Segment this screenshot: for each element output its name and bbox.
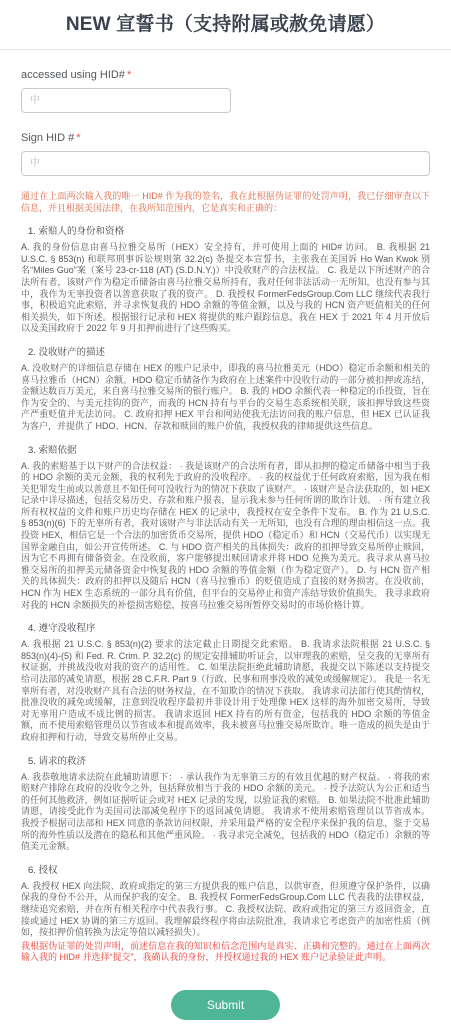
submit-button[interactable]: Submit	[171, 990, 280, 1020]
accessed-hid-field: accessed using HID#*	[21, 69, 430, 113]
section-body: A. 没收财产的详细信息存储在 HEX 的账户记录中，即我的喜马拉雅美元（HDO…	[21, 363, 430, 433]
accessed-hid-label-text: accessed using HID#	[21, 69, 125, 81]
section-heading: 4. 遵守没收程序	[21, 620, 430, 634]
section-claimant-identity: 1. 索赔人的身份和资格 A. 我的身份信息由喜马拉雅交易所（HEX）安全持有，…	[21, 223, 430, 335]
accessed-hid-input[interactable]	[21, 88, 231, 113]
section-body: A. 我授权 HEX 向法院、政府或指定的第三方提供我的账户信息，以供审查，但须…	[21, 881, 430, 939]
section-forfeiture-procedure: 4. 遵守没收程序 A. 我根据 21 U.S.C. § 853(n)(2) 要…	[21, 620, 430, 743]
section-body: A. 我的身份信息由喜马拉雅交易所（HEX）安全持有，并可使用上面的 HID# …	[21, 242, 430, 335]
perjury-closing-notice: 我根据伪证罪的处罚声明，前述信息在我的知识和信念范围内是真实、正确和完整的。通过…	[21, 941, 430, 964]
section-forfeited-property: 2. 没收财产的描述 A. 没收财产的详细信息存储在 HEX 的账户记录中，即我…	[21, 344, 430, 433]
submit-row: Submit	[21, 990, 430, 1020]
section-heading: 1. 索赔人的身份和资格	[21, 223, 430, 237]
sign-hid-label-text: Sign HID #	[21, 132, 74, 144]
sign-hid-input[interactable]	[21, 151, 430, 176]
section-requested-relief: 5. 请求的救济 A. 我恭敬地请求法院在此辅助请愿下： · 承认我作为无辜第三…	[21, 753, 430, 853]
page-title: NEW 宣誓书（支持附属或赦免请愿）	[0, 0, 451, 36]
section-body: A. 我的索赔基于以下财产的合法权益： · 我是该财产的合法所有者，即从扣押的稳…	[21, 461, 430, 612]
title-divider	[0, 49, 451, 50]
section-authorization: 6. 授权 A. 我授权 HEX 向法院、政府或指定的第三方提供我的账户信息，以…	[21, 862, 430, 939]
required-asterisk: *	[76, 132, 80, 144]
section-heading: 2. 没收财产的描述	[21, 344, 430, 358]
section-body: A. 我根据 21 U.S.C. § 853(n)(2) 要求的法定截止日期提交…	[21, 639, 430, 743]
section-heading: 3. 索赔依据	[21, 442, 430, 456]
section-heading: 5. 请求的救济	[21, 753, 430, 767]
form-body: accessed using HID#* Sign HID #* 通过在上面两次…	[0, 69, 451, 1020]
section-heading: 6. 授权	[21, 862, 430, 876]
section-body: A. 我恭敬地请求法院在此辅助请愿下： · 承认我作为无辜第三方的有效且优越的财…	[21, 772, 430, 853]
sign-hid-label: Sign HID #*	[21, 132, 430, 144]
required-asterisk: *	[127, 69, 131, 81]
affidavit-form-page: NEW 宣誓书（支持附属或赦免请愿） accessed using HID#* …	[0, 0, 451, 1030]
perjury-intro-notice: 通过在上面两次输入我的唯一 HID# 作为我的签名，我在此根据伪证罪的处罚声明，…	[21, 191, 430, 214]
accessed-hid-label: accessed using HID#*	[21, 69, 430, 81]
sign-hid-field: Sign HID #*	[21, 132, 430, 176]
section-claim-basis: 3. 索赔依据 A. 我的索赔基于以下财产的合法权益： · 我是该财产的合法所有…	[21, 442, 430, 612]
